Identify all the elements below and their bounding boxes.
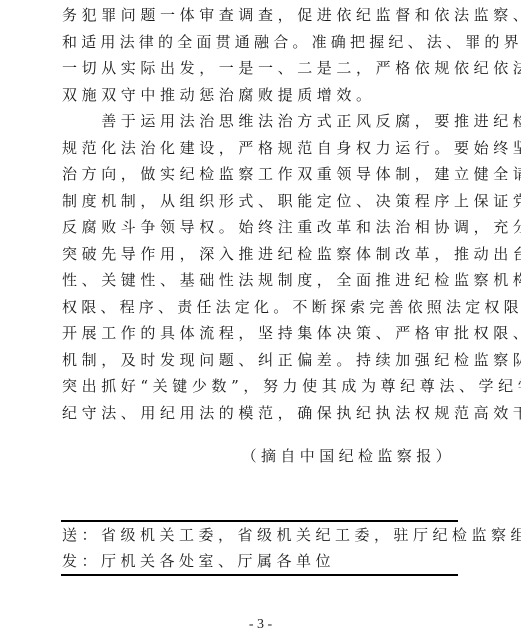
paragraph-start-line: 善于运用法治思维法治方式正风反腐，要推进纪检监察工作 [62,108,458,135]
body-line: 一切从实际出发，一是一、二是二，严格依规依纪依法，在纪法 [62,55,458,82]
body-line: 规范化法治化建设，严格规范自身权力运行。要始终坚持正确政 [62,135,458,162]
body-line: 双施双守中推动惩治腐败提质增效。 [62,82,458,109]
body-line: 开展工作的具体流程，坚持集体决策、严格审批权限、健全内控 [62,320,458,347]
body-line: 反腐败斗争领导权。始终注重改革和法治相协调，充分发挥改革 [62,214,458,241]
source-attribution: （摘自中国纪检监察报） [242,443,455,469]
article-body: 务犯罪问题一体审查调查，促进依纪监督和依法监察、适用纪律 和适用法律的全面贯通融… [62,2,458,426]
body-line: 纪守法、用纪用法的模范，确保执纪执法权规范高效干净使用。 [62,400,458,427]
body-line: 突出抓好“关键少数”，努力使其成为尊纪尊法、学纪学法、守 [62,373,458,400]
body-line: 突破先导作用，深入推进纪检监察体制改革，推动出台一批标志 [62,241,458,268]
distribution-block: 送：省级机关工委，省级机关纪工委，驻厅纪检监察组，厅领导 发：厅机关各处室、厅属… [61,520,458,576]
body-line: 制度机制，从组织形式、职能定位、决策程序上保证党牢牢掌握 [62,188,458,215]
body-line: 机制，及时发现问题、纠正偏差。持续加强纪检监察队伍建设， [62,347,458,374]
page-number: - 3 - [0,617,521,633]
body-line: 性、关键性、基础性法规制度，全面推进纪检监察机构、职能、 [62,267,458,294]
body-line: 权限、程序、责任法定化。不断探索完善依照法定权限行使权力、 [62,294,458,321]
document-page: 务犯罪问题一体审查调查，促进依纪监督和依法监察、适用纪律 和适用法律的全面贯通融… [0,0,521,642]
body-line: 和适用法律的全面贯通融合。准确把握纪、法、罪的界限和标准， [62,29,458,56]
body-line: 务犯罪问题一体审查调查，促进依纪监督和依法监察、适用纪律 [62,2,458,29]
send-to-line: 送：省级机关工委，省级机关纪工委，驻厅纪检监察组，厅领导 [62,522,458,548]
bottom-rule-divider [61,574,458,576]
issue-to-line: 发：厅机关各处室、厅属各单位 [62,548,458,574]
body-line: 治方向，做实纪检监察工作双重领导体制，建立健全请示报告等 [62,161,458,188]
